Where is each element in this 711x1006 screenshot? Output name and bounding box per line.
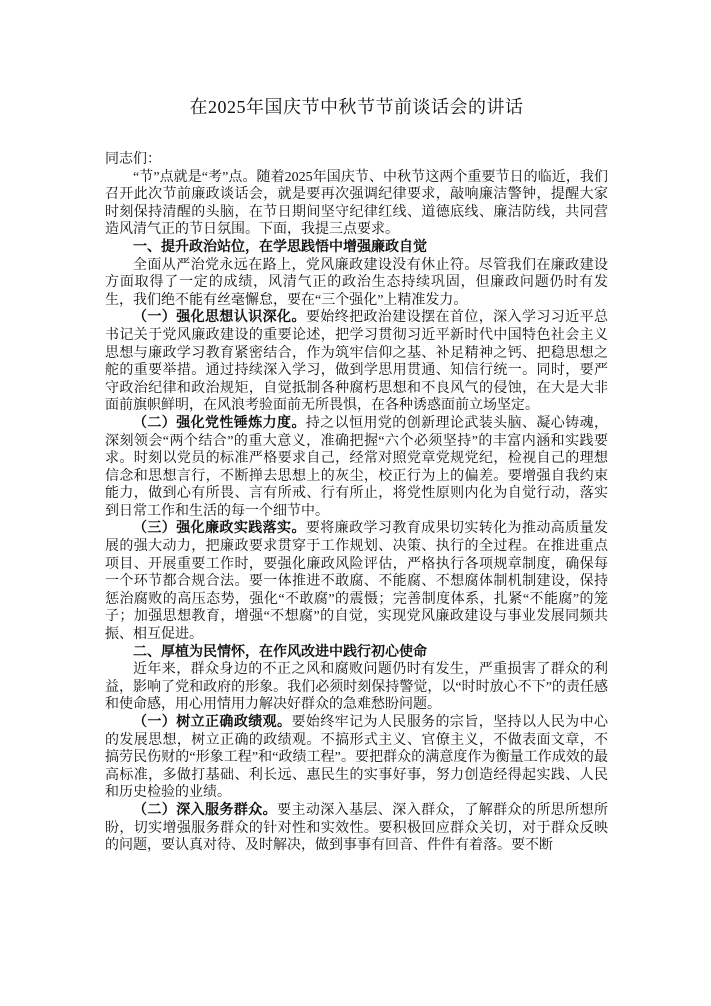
paragraph-text: 持之以恒用党的创新理论武装头脑、凝心铸魂，深刻领会“两个结合”的重大意义，准确把… [105, 416, 608, 519]
paragraph-lead: （一）树立正确政绩观。 [133, 715, 291, 730]
document-page: 在2025年国庆节中秋节节前谈话会的讲话 同志们： “节”点就是“考”点。随着2… [0, 0, 711, 1006]
section-heading: 一、提升政治站位，在学思践悟中增强廉政自觉 [105, 239, 608, 257]
paragraph: 全面从严治党永远在路上，党风廉政建设没有休止符。尽管我们在廉政建设方面取得了一定… [105, 257, 608, 310]
paragraph-text: 二、厚植为民情怀，在作风改进中践行初心使命 [133, 645, 427, 660]
paragraph-text: “节”点就是“考”点。随着2025年国庆节、中秋节这两个重要节日的临近，我们召开… [105, 170, 608, 238]
paragraph-lead: （一）强化思想认识深化。 [133, 310, 306, 325]
salutation: 同志们： [105, 151, 608, 169]
paragraph-lead: （二）深入服务群众。 [133, 803, 277, 818]
document-title: 在2025年国庆节中秋节节前谈话会的讲话 [105, 94, 608, 120]
section-heading: 二、厚植为民情怀，在作风改进中践行初心使命 [105, 644, 608, 662]
paragraph: 近年来，群众身边的不正之风和腐败问题仍时有发生，严重损害了群众的利益，影响了党和… [105, 661, 608, 714]
paragraph-list: “节”点就是“考”点。随着2025年国庆节、中秋节这两个重要节日的临近，我们召开… [105, 169, 608, 855]
paragraph: （一）强化思想认识深化。要始终把政治建设摆在首位，深入学习习近平总书记关于党风廉… [105, 309, 608, 415]
paragraph: （三）强化廉政实践落实。要将廉政学习教育成果切实转化为推动高质量发展的强大动力，… [105, 520, 608, 643]
document-body: 同志们： “节”点就是“考”点。随着2025年国庆节、中秋节这两个重要节日的临近… [105, 151, 608, 855]
paragraph-text: 一、提升政治站位，在学思践悟中增强廉政自觉 [133, 240, 427, 255]
paragraph-lead: （三）强化廉政实践落实。 [133, 521, 306, 536]
paragraph: （二）深入服务群众。要主动深入基层、深入群众，了解群众的所思所想所盼，切实增强服… [105, 802, 608, 855]
paragraph-text: 要始终把政治建设摆在首位，深入学习习近平总书记关于党风廉政建设的重要论述，把学习… [105, 310, 608, 413]
paragraph: “节”点就是“考”点。随着2025年国庆节、中秋节这两个重要节日的临近，我们召开… [105, 169, 608, 239]
paragraph-lead: （二）强化党性锤炼力度。 [133, 416, 306, 431]
paragraph: （二）强化党性锤炼力度。持之以恒用党的创新理论武装头脑、凝心铸魂，深刻领会“两个… [105, 415, 608, 521]
paragraph-text: 近年来，群众身边的不正之风和腐败问题仍时有发生，严重损害了群众的利益，影响了党和… [105, 662, 608, 712]
paragraph-text: 要将廉政学习教育成果切实转化为推动高质量发展的强大动力，把廉政要求贯穿于工作规划… [105, 521, 608, 642]
paragraph: （一）树立正确政绩观。要始终牢记为人民服务的宗旨，坚持以人民为中心的发展思想，树… [105, 714, 608, 802]
paragraph-text: 全面从严治党永远在路上，党风廉政建设没有休止符。尽管我们在廉政建设方面取得了一定… [105, 258, 608, 308]
